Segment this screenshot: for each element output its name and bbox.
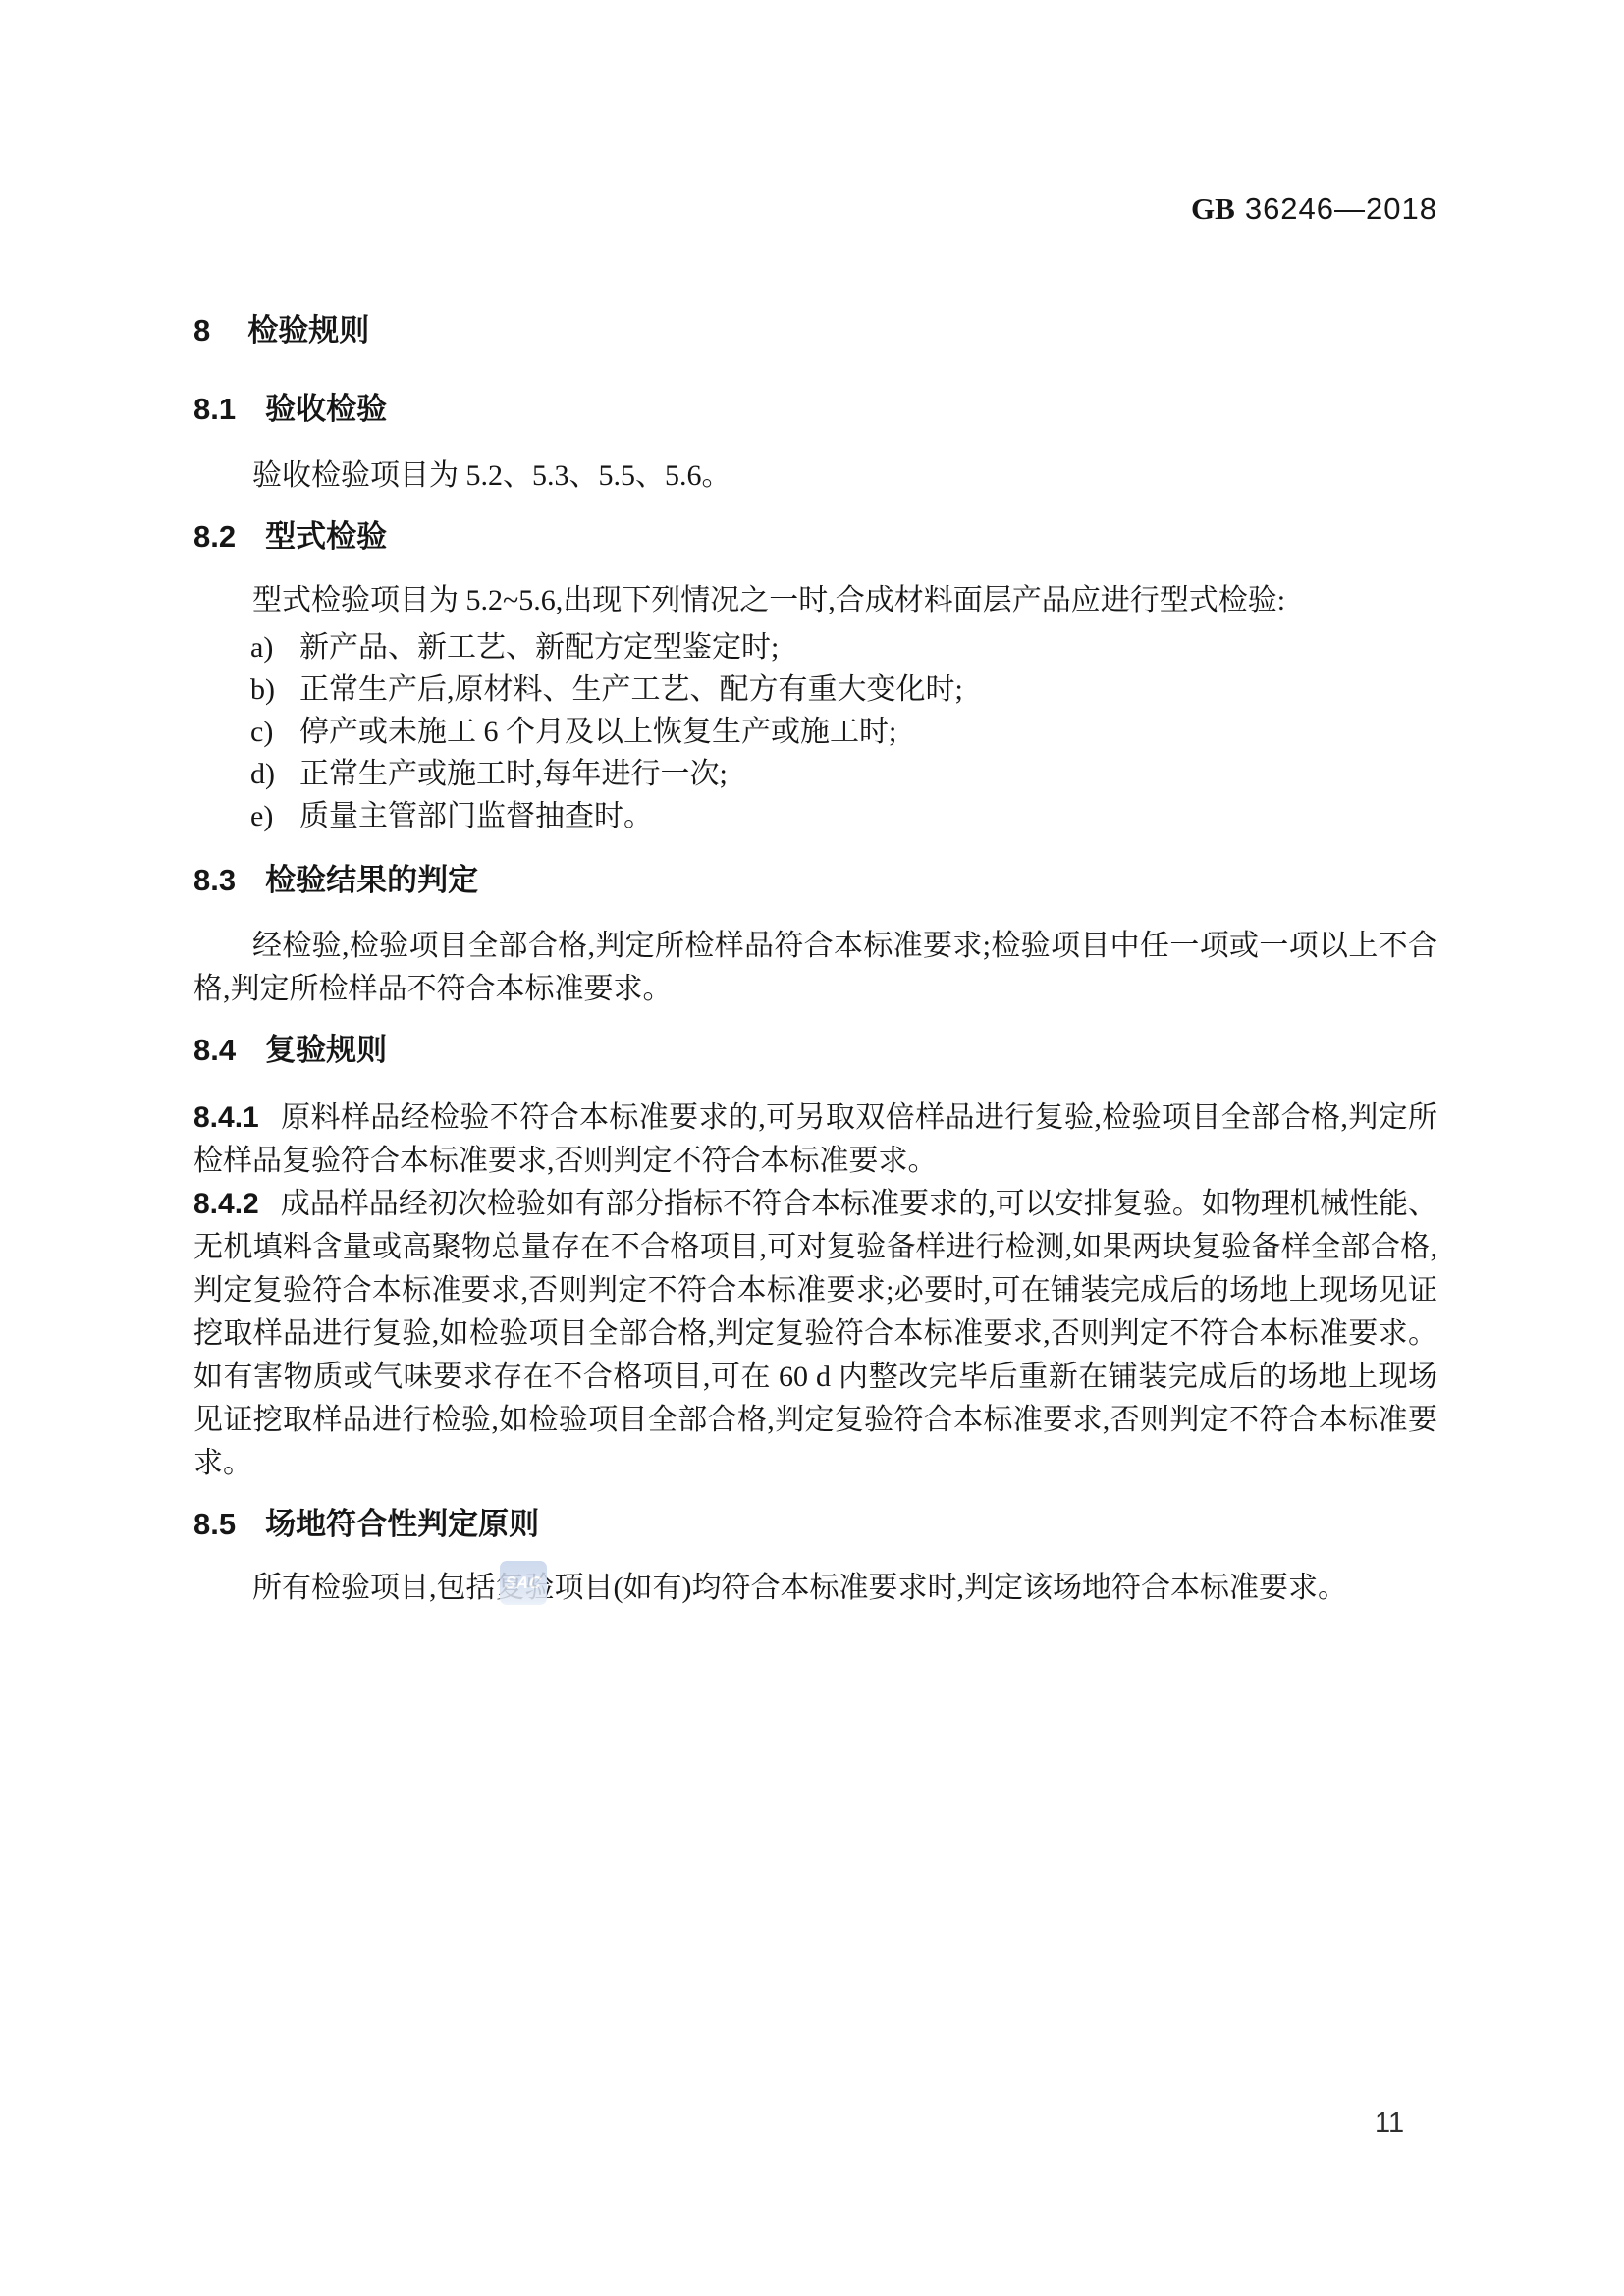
list-item-letter: e): [250, 795, 299, 837]
list-item-text: 正常生产后,原材料、生产工艺、配方有重大变化时;: [299, 673, 963, 706]
document-page: GB36246—2018 8检验规则 8.1验收检验 验收检验项目为 5.2、5…: [0, 0, 1624, 2296]
list-item-text: 质量主管部门监督抽查时。: [299, 800, 653, 832]
heading-clause-8-5: 8.5场地符合性判定原则: [193, 1505, 1437, 1544]
paragraph-8-3: 经检验,检验项目全部合格,判定所检样品符合本标准要求;检验项目中任一项或一项以上…: [193, 925, 1437, 1011]
clause-8-4-1-number: 8.4.1: [193, 1101, 259, 1134]
paragraph-8-1: 验收检验项目为 5.2、5.3、5.5、5.6。: [193, 454, 1437, 498]
list-item: e)质量主管部门监督抽查时。: [193, 795, 1437, 837]
paragraph-8-2-intro: 型式检验项目为 5.2~5.6,出现下列情况之一时,合成材料面层产品应进行型式检…: [193, 579, 1437, 622]
list-item-letter: b): [250, 668, 299, 711]
paragraph-8-4-1: 8.4.1原料样品经检验不符合本标准要求的,可另取双倍样品进行复验,检验项目全部…: [193, 1096, 1437, 1183]
clause-8-3-number: 8.3: [193, 863, 236, 897]
clause-8-4-title: 复验规则: [265, 1033, 387, 1067]
type-inspection-conditions-list: a)新产品、新工艺、新配方定型鉴定时; b)正常生产后,原材料、生产工艺、配方有…: [193, 626, 1437, 837]
list-item-text: 停产或未施工 6 个月及以上恢复生产或施工时;: [299, 716, 896, 748]
heading-clause-8-2: 8.2型式检验: [193, 517, 1437, 557]
heading-clause-8-3: 8.3检验结果的判定: [193, 861, 1437, 900]
list-item: b)正常生产后,原材料、生产工艺、配方有重大变化时;: [193, 668, 1437, 711]
heading-clause-8-4: 8.4复验规则: [193, 1031, 1437, 1070]
clause-8-4-number: 8.4: [193, 1033, 236, 1067]
page-number: 11: [1375, 2107, 1404, 2140]
list-item-letter: c): [250, 711, 299, 753]
clause-8-1-title: 验收检验: [265, 392, 387, 426]
standard-code-prefix: GB: [1191, 191, 1235, 226]
standard-code-number: 36246—2018: [1245, 191, 1437, 226]
clause-8-number: 8: [193, 313, 210, 347]
heading-clause-8-1: 8.1验收检验: [193, 390, 1437, 429]
list-item: a)新产品、新工艺、新配方定型鉴定时;: [193, 626, 1437, 668]
list-item: d)正常生产或施工时,每年进行一次;: [193, 753, 1437, 795]
paragraph-8-4-2: 8.4.2成品样品经初次检验如有部分指标不符合本标准要求的,可以安排复验。如物理…: [193, 1183, 1437, 1485]
list-item-text: 正常生产或施工时,每年进行一次;: [299, 758, 728, 790]
clause-8-3-title: 检验结果的判定: [265, 863, 478, 897]
clause-8-title: 检验规则: [247, 313, 369, 347]
clause-8-2-title: 型式检验: [265, 519, 387, 554]
clause-8-2-number: 8.2: [193, 519, 236, 554]
clause-8-5-title: 场地符合性判定原则: [265, 1507, 539, 1541]
page-header: GB36246—2018: [193, 0, 1437, 228]
heading-clause-8: 8检验规则: [193, 311, 1437, 350]
list-item-letter: a): [250, 626, 299, 668]
list-item-letter: d): [250, 753, 299, 795]
clause-8-5-number: 8.5: [193, 1507, 236, 1541]
clause-8-4-2-number: 8.4.2: [193, 1188, 259, 1220]
sac-watermark-label: SAC: [504, 1574, 543, 1593]
list-item: c)停产或未施工 6 个月及以上恢复生产或施工时;: [193, 711, 1437, 753]
clause-8-1-number: 8.1: [193, 392, 236, 426]
clause-8-4-1-text: 原料样品经检验不符合本标准要求的,可另取双倍样品进行复验,检验项目全部合格,判定…: [193, 1101, 1437, 1177]
sac-watermark-logo: SAC: [500, 1561, 547, 1605]
clause-8-4-2-text: 成品样品经初次检验如有部分指标不符合本标准要求的,可以安排复验。如物理机械性能、…: [193, 1188, 1437, 1479]
list-item-text: 新产品、新工艺、新配方定型鉴定时;: [299, 631, 779, 664]
paragraph-8-5: 所有检验项目,包括复验项目(如有)均符合本标准要求时,判定该场地符合本标准要求。: [193, 1567, 1437, 1610]
